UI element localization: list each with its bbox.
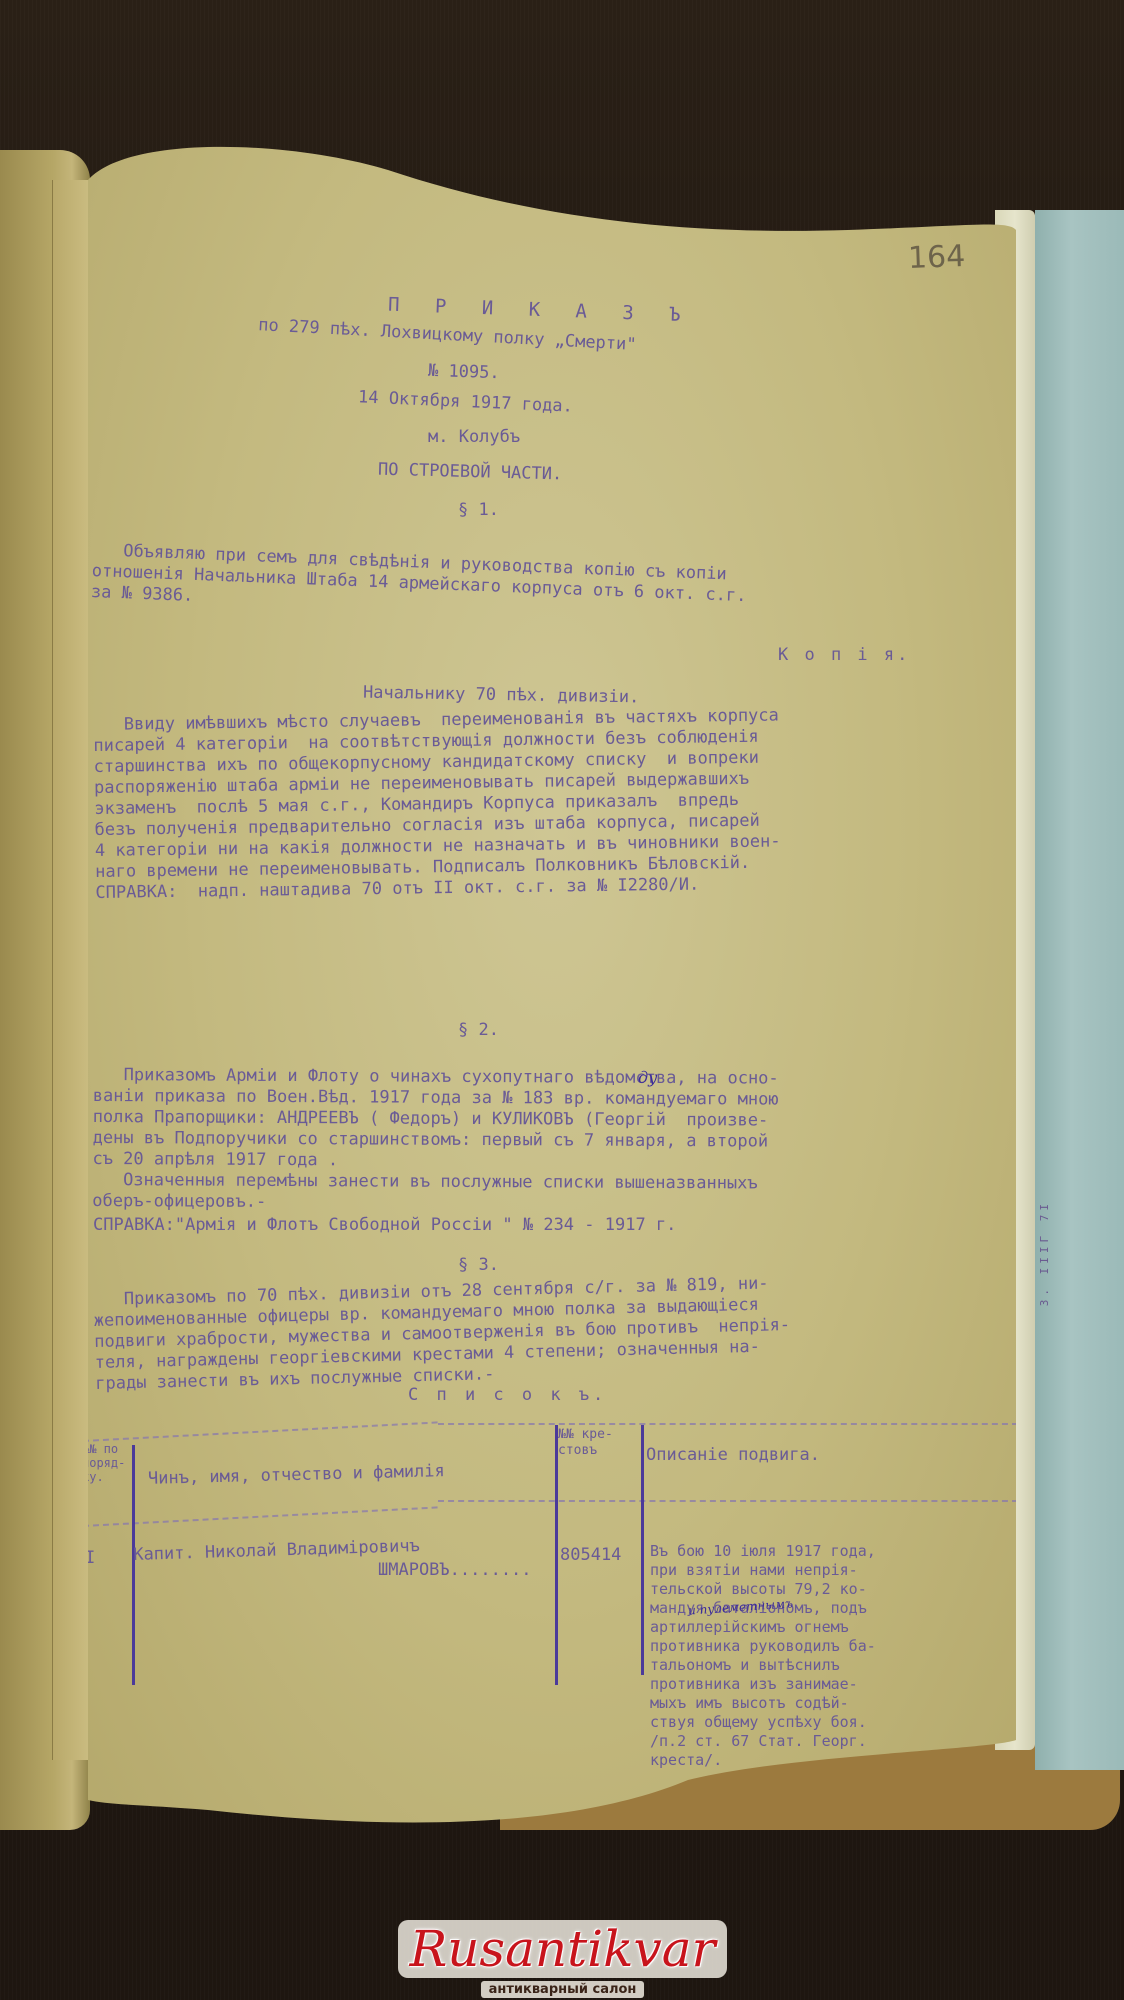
copy-label: К о п і я. [778, 645, 910, 666]
order-place: м. Колубъ [428, 427, 520, 448]
table-rule-mid-left [83, 1506, 438, 1527]
description-line: артиллерійскимъ огнемъ [650, 1618, 876, 1637]
paragraph-2-body: Приказомъ Арміи и Флоту о чинахъ сухопут… [92, 1065, 779, 1216]
description-line: тельской высоты 79,2 ко- [650, 1580, 876, 1599]
table-header-name: Чинъ, имя, отчество и фамилія [148, 1461, 445, 1490]
margin-typed-text: 3. IIIГ 7I [1038, 1200, 1058, 1306]
document-page: 164 П Р И К А З Ъ по 279 пѣх. Лохвицкому… [88, 140, 1016, 1830]
table-rule-col2 [555, 1425, 558, 1685]
list-title: С п и с о к ъ. [408, 1385, 607, 1406]
paragraph-2-mark: § 2. [458, 1020, 499, 1041]
paragraph-1-body: Объявляю при семъ для свѣдѣнія и руковод… [91, 540, 748, 628]
description-line: Въ бою 10 іюля 1917 года, [650, 1542, 876, 1561]
description-line: мыхъ имъ высотъ содѣй- [650, 1694, 876, 1713]
table-header-number: №№ по поряд-ку. [82, 1442, 132, 1484]
description-line: тальономъ и вытѣснилъ [650, 1656, 876, 1675]
paragraph-3-mark: § 3. [458, 1255, 499, 1276]
row-name-line2: ШМАРОВЪ........ [378, 1560, 532, 1581]
handwritten-correction: ду [638, 1068, 657, 1087]
watermark-brand: Rusantikvar [398, 1920, 728, 1978]
table-rule-mid-right [438, 1500, 1018, 1502]
row-description: Въ бою 10 іюля 1917 года, при взятіи нам… [650, 1542, 876, 1770]
addressee: Начальнику 70 пѣх. дивизіи. [363, 683, 640, 709]
row-cross-number: 805414 [560, 1545, 621, 1566]
description-line: противника руководилъ ба- [650, 1637, 876, 1656]
order-title: П Р И К А З Ъ [388, 295, 693, 327]
order-section: ПО СТРОЕВОЙ ЧАСТИ. [378, 460, 563, 486]
description-line: противника изъ занимае- [650, 1675, 876, 1694]
watermark-tagline: антикварный салон [481, 1981, 645, 1998]
left-page-inner [52, 180, 91, 1760]
table-header-description: Описаніе подвига. [646, 1445, 820, 1466]
table-rule-top-left [83, 1421, 438, 1442]
watermark-logo: Rusantikvar антикварный салон [385, 1920, 740, 2000]
copy-body: Ввиду имѣвшихъ мѣсто случаевъ переименов… [93, 705, 781, 904]
description-line: ствуя общему успѣху боя. [650, 1713, 876, 1732]
table-header-cross: №№ кре-стовъ [558, 1427, 638, 1459]
description-line: при взятіи нами непрія- [650, 1561, 876, 1580]
blue-folder-cover [1035, 210, 1124, 1770]
table-rule-col3 [641, 1425, 644, 1675]
text-line: оберъ-офицеровъ.- [92, 1191, 778, 1216]
archive-page-number: 164 [907, 239, 965, 276]
order-date: 14 Октября 1917 года. [358, 387, 574, 417]
order-number: № 1095. [428, 361, 500, 384]
paragraph-1-mark: § 1. [458, 500, 499, 521]
paragraph-2-reference: СПРАВКА:"Армія и Флотъ Свободной Россіи … [93, 1215, 676, 1236]
table-rule-top-right [438, 1423, 1018, 1425]
description-line: /п.2 ст. 67 Стат. Георг. [650, 1732, 876, 1751]
paragraph-3-body: Приказомъ по 70 пѣх. дивизіи отъ 28 сент… [93, 1273, 791, 1395]
